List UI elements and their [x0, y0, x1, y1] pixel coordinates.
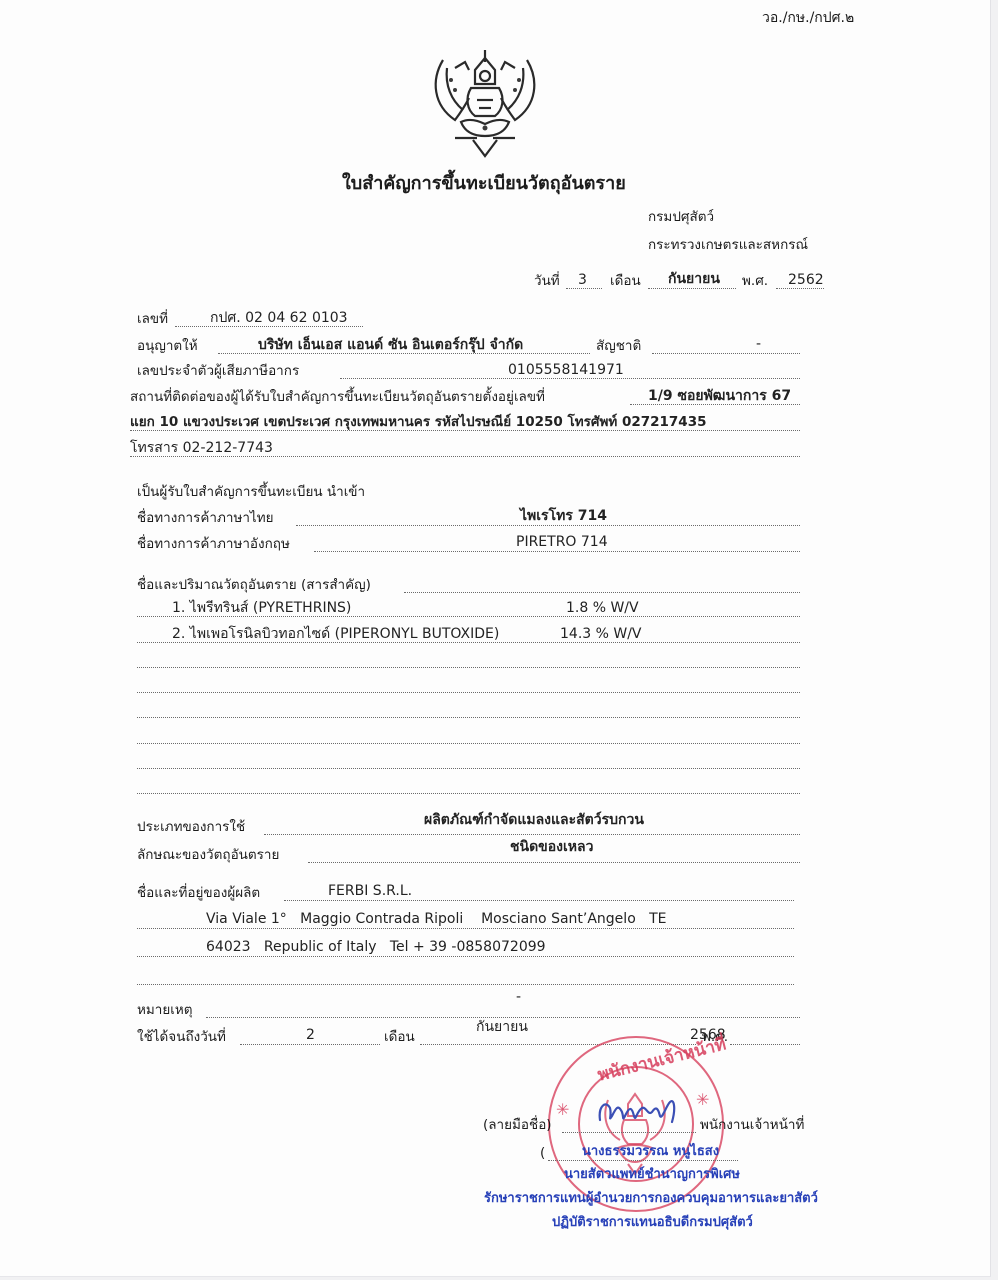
valid-until-day: 2	[306, 1026, 315, 1044]
nationality-label: สัญชาติ	[596, 337, 641, 355]
ingredient-name: 1. ไพรีทรินส์ (PYRETHRINS)	[172, 599, 351, 617]
issue-year-label: พ.ศ.	[742, 272, 768, 290]
address-line3: โทรสาร 02-212-7743	[130, 439, 273, 457]
licensee-value: บริษัท เอ็นเอส แอนด์ ซัน อินเตอร์กรุ๊ป จ…	[258, 336, 523, 354]
signature-label: (ลายมือชื่อ)	[483, 1116, 552, 1134]
usage-value: ผลิตภัณฑ์กำจัดแมลงและสัตว์รบกวน	[424, 811, 644, 829]
registrant-role: เป็นผู้รับใบสำคัญการขึ้นทะเบียน นำเข้า	[137, 483, 365, 501]
manufacturer-address-line1: Via Viale 1° Maggio Contrada Ripoli Mosc…	[206, 910, 667, 928]
signer-name: นางธรรมวรรณ หนูไธสง	[582, 1140, 719, 1161]
remarks-label: หมายเหตุ	[137, 1001, 193, 1019]
valid-until-month: กันยายน	[476, 1018, 528, 1036]
signer-acting-line2: ปฏิบัติราชการแทนอธิบดีกรมปศุสัตว์	[552, 1211, 753, 1232]
manufacturer-name: FERBI S.R.L.	[328, 882, 412, 900]
manufacturer-label: ชื่อและที่อยู่ของผู้ผลิต	[137, 884, 260, 902]
remarks-value: -	[516, 988, 521, 1006]
document-page: วอ./กษ./กปศ.๒	[0, 0, 991, 1277]
ingredient-amount: 1.8 % W/V	[566, 599, 639, 617]
issue-day-value: 3	[578, 271, 587, 289]
issue-day-label: วันที่	[534, 272, 560, 290]
nature-value: ชนิดของเหลว	[510, 838, 593, 856]
manufacturer-address-line2: 64023 Republic of Italy Tel + 39 -085807…	[206, 938, 546, 956]
registration-number-label: เลขที่	[137, 310, 168, 328]
nature-label: ลักษณะของวัตถุอันตราย	[137, 846, 279, 864]
form-code: วอ./กษ./กปศ.๒	[762, 9, 854, 27]
english-trade-name-value: PIRETRO 714	[516, 533, 608, 551]
document-title: ใบสำคัญการขึ้นทะเบียนวัตถุอันตราย	[342, 172, 626, 196]
issue-year-value: 2562	[788, 271, 824, 289]
address-line1: 1/9 ซอยพัฒนาการ 67	[648, 387, 791, 405]
address-line2: แยก 10 แขวงประเวศ เขตประเวศ กรุงเทพมหานค…	[130, 413, 706, 431]
issue-month-label: เดือน	[610, 272, 641, 290]
issuer-department: กรมปศุสัตว์	[648, 208, 714, 226]
tax-id-label: เลขประจำตัวผู้เสียภาษีอากร	[137, 362, 299, 380]
nationality-value: -	[756, 335, 761, 353]
name-open-paren: (	[540, 1144, 545, 1162]
issue-month-value: กันยายน	[668, 270, 720, 288]
usage-label: ประเภทของการใช้	[137, 818, 245, 836]
signer-position: นายสัตวแพทย์ชำนาญการพิเศษ	[564, 1163, 740, 1184]
ingredient-amount: 14.3 % W/V	[560, 625, 642, 643]
handwritten-signature	[596, 1094, 686, 1130]
signer-acting-line1: รักษาราชการแทนผู้อำนวยการกองควบคุมอาหารแ…	[484, 1187, 818, 1208]
issuer-ministry: กระทรวงเกษตรและสหกรณ์	[648, 236, 808, 254]
licensee-label: อนุญาตให้	[137, 337, 198, 355]
tax-id-value: 0105558141971	[508, 361, 624, 379]
valid-until-label: ใช้ได้จนถึงวันที่	[137, 1028, 226, 1046]
garuda-emblem-icon	[425, 40, 545, 165]
ingredient-name: 2. ไพเพอโรนิลบิวทอกไซด์ (PIPERONYL BUTOX…	[172, 625, 499, 643]
thai-trade-name-label: ชื่อทางการค้าภาษาไทย	[137, 509, 274, 527]
registration-number-value: กปศ. 02 04 62 0103	[210, 309, 348, 327]
ingredients-label: ชื่อและปริมาณวัตถุอันตราย (สารสำคัญ)	[137, 576, 371, 594]
english-trade-name-label: ชื่อทางการค้าภาษาอังกฤษ	[137, 535, 290, 553]
address-label: สถานที่ติดต่อของผู้ได้รับใบสำคัญการขึ้นท…	[130, 388, 545, 406]
thai-trade-name-value: ไพเรโทร 714	[520, 507, 607, 525]
officer-label: พนักงานเจ้าหน้าที่	[700, 1116, 804, 1134]
valid-until-month-label: เดือน	[384, 1028, 415, 1046]
